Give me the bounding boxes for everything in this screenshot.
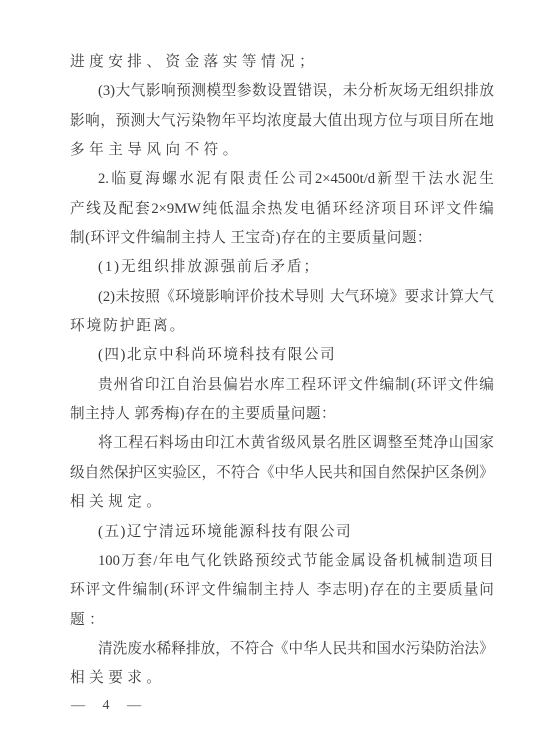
- section-heading-line: (四)北京中科尚环境科技有限公司: [70, 341, 494, 370]
- text-line: 相关规定。: [70, 488, 494, 517]
- page-number: — 4 —: [71, 698, 146, 714]
- text-line: (1)无组织排放源强前后矛盾；: [70, 253, 494, 282]
- text-line: 环评文件编制(环评文件编制主持人李志明)存在的主要质量问: [70, 576, 494, 605]
- text-line: 题：: [70, 606, 494, 635]
- text-line: 相关要求。: [70, 664, 494, 693]
- document-body: 进度安排、资金落实等情况；(3)大气影响预测模型参数设置错误，未分析灰场无组织排…: [70, 48, 494, 694]
- text-line: 影响，预测大气污染物年平均浓度最大值出现方位与项目所在地: [70, 107, 494, 136]
- text-line: (3)大气影响预测模型参数设置错误，未分析灰场无组织排放: [70, 77, 494, 106]
- text-line: 制主持人 郭秀梅)存在的主要质量问题：: [70, 400, 494, 429]
- text-line: 将工程石料场由印江木黄省级风景名胜区调整至梵净山国家: [70, 429, 494, 458]
- text-line: 产线及配套 2×9MW 纯低温余热发电循环经济项目环评文件编: [70, 195, 494, 224]
- text-line: 清洗废水稀释排放，不符合《中华人民共和国水污染防治法》: [70, 635, 494, 664]
- text-line: 多年主导风向不符。: [70, 136, 494, 165]
- text-line: 2.临夏海螺水泥有限责任公司 2×4500t/d 新型干法水泥生: [70, 165, 494, 194]
- text-line: 环境防护距离。: [70, 312, 494, 341]
- text-line: 贵州省印江自治县偏岩水库工程环评文件编制(环评文件编: [70, 371, 494, 400]
- text-line: 进度安排、资金落实等情况；: [70, 48, 494, 77]
- document-page: 进度安排、资金落实等情况；(3)大气影响预测模型参数设置错误，未分析灰场无组织排…: [0, 0, 545, 746]
- text-line: 级自然保护区实验区，不符合《中华人民共和国自然保护区条例》: [70, 459, 494, 488]
- section-heading-line: (五)辽宁清远环境能源科技有限公司: [70, 518, 494, 547]
- text-line: 100 万套/年电气化铁路预绞式节能金属设备机械制造项目: [70, 547, 494, 576]
- text-line: 制(环评文件编制主持人 王宝奇)存在的主要质量问题：: [70, 224, 494, 253]
- text-line: (2)未按照《环境影响评价技术导则大气环境》要求计算大气: [70, 283, 494, 312]
